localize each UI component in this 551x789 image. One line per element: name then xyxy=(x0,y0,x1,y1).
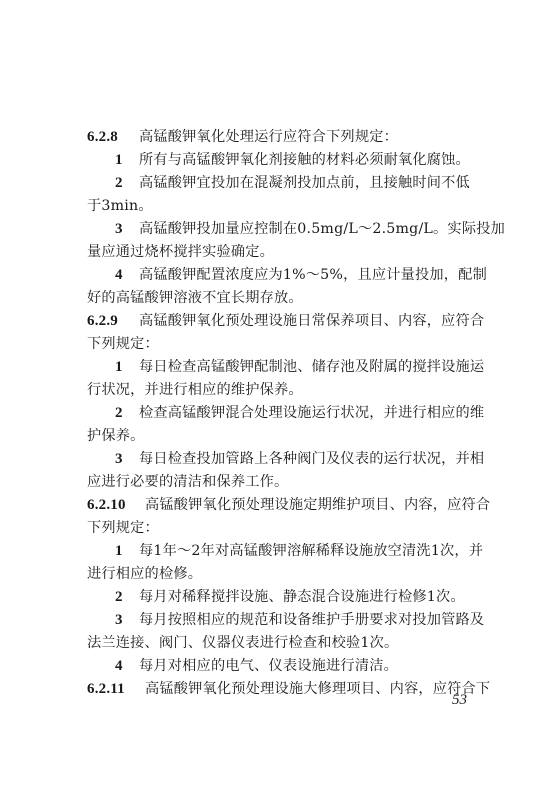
item-continuation: 好的高锰酸钾溶液不宜长期存放。 xyxy=(87,287,303,309)
item-text: 每日检查投加管路上各种阀门及仪表的运行状况，并相 xyxy=(139,451,484,467)
item-text: 检查高锰酸钾混合处理设施运行状况，并进行相应的维 xyxy=(139,405,484,421)
section-title: 高锰酸钾氧化处理运行应符合下列规定： xyxy=(139,129,398,145)
section-number: 6.2.9 xyxy=(87,310,139,332)
item-text: 每日检查高锰酸钾配制池、储存池及附属的搅拌设施运 xyxy=(139,359,484,375)
item-text: 每1年～2年对高锰酸钾溶解稀释设施放空清洗1次，并 xyxy=(139,543,483,559)
item-number: 3 xyxy=(115,448,139,470)
item-number: 1 xyxy=(115,540,139,562)
list-item: 4高锰酸钾配置浓度应为1%～5%，且应计量投加，配制 xyxy=(115,264,487,286)
item-text: 每月按照相应的规范和设备维护手册要求对投加管路及 xyxy=(139,612,484,628)
list-item: 1每1年～2年对高锰酸钾溶解稀释设施放空清洗1次，并 xyxy=(115,540,483,562)
list-item: 3高锰酸钾投加量应控制在0.5mg/L～2.5mg/L。实际投加 xyxy=(115,218,505,240)
section-number: 6.2.11 xyxy=(87,678,145,700)
section-title: 高锰酸钾氧化预处理设施日常保养项目、内容，应符合 xyxy=(139,313,484,329)
list-item: 4每月对相应的电气、仪表设施进行清洁。 xyxy=(115,655,398,677)
list-item: 3每日检查投加管路上各种阀门及仪表的运行状况，并相 xyxy=(115,448,484,470)
page-number: 53 xyxy=(452,692,467,709)
list-item: 2检查高锰酸钾混合处理设施运行状况，并进行相应的维 xyxy=(115,402,484,424)
item-number: 4 xyxy=(115,655,139,677)
item-number: 2 xyxy=(115,586,139,608)
section-title-continuation: 下列规定： xyxy=(87,517,159,539)
item-text: 高锰酸钾配置浓度应为1%～5%，且应计量投加，配制 xyxy=(139,267,487,283)
list-item: 3每月按照相应的规范和设备维护手册要求对投加管路及 xyxy=(115,609,484,631)
item-continuation: 行状况，并进行相应的维护保养。 xyxy=(87,379,303,401)
section-title: 高锰酸钾氧化预处理设施定期维护项目、内容，应符合 xyxy=(145,497,490,513)
item-continuation: 应进行必要的清洁和保养工作。 xyxy=(87,471,288,493)
section-number: 6.2.10 xyxy=(87,494,145,516)
item-continuation: 进行相应的检修。 xyxy=(87,563,202,585)
section-6-2-8-heading: 6.2.8高锰酸钾氧化处理运行应符合下列规定： xyxy=(87,126,398,148)
item-continuation: 法兰连接、阀门、仪器仪表进行检查和校验1次。 xyxy=(87,632,398,654)
section-6-2-10-heading: 6.2.10高锰酸钾氧化预处理设施定期维护项目、内容，应符合 xyxy=(87,494,490,516)
item-number: 2 xyxy=(115,172,139,194)
item-number: 4 xyxy=(115,264,139,286)
list-item: 2高锰酸钾宜投加在混凝剂投加点前，且接触时间不低 xyxy=(115,172,470,194)
section-6-2-9-heading: 6.2.9高锰酸钾氧化预处理设施日常保养项目、内容，应符合 xyxy=(87,310,484,332)
item-text: 每月对稀释搅拌设施、静态混合设施进行检修1次。 xyxy=(139,589,465,605)
section-title-continuation: 下列规定： xyxy=(87,333,159,355)
item-text: 所有与高锰酸钾氧化剂接触的材料必须耐氧化腐蚀。 xyxy=(139,152,470,168)
item-text: 高锰酸钾宜投加在混凝剂投加点前，且接触时间不低 xyxy=(139,175,470,191)
item-number: 2 xyxy=(115,402,139,424)
list-item: 2每月对稀释搅拌设施、静态混合设施进行检修1次。 xyxy=(115,586,465,608)
item-number: 3 xyxy=(115,609,139,631)
item-text: 每月对相应的电气、仪表设施进行清洁。 xyxy=(139,658,398,674)
item-number: 3 xyxy=(115,218,139,240)
section-number: 6.2.8 xyxy=(87,126,139,148)
item-continuation: 护保养。 xyxy=(87,425,145,447)
section-6-2-11-heading: 6.2.11高锰酸钾氧化预处理设施大修理项目、内容，应符合下 xyxy=(87,678,490,700)
item-continuation: 量应通过烧杯搅拌实验确定。 xyxy=(87,241,274,263)
list-item: 1每日检查高锰酸钾配制池、储存池及附属的搅拌设施运 xyxy=(115,356,484,378)
item-continuation: 于3min。 xyxy=(87,195,153,217)
section-title: 高锰酸钾氧化预处理设施大修理项目、内容，应符合下 xyxy=(145,681,490,697)
item-text: 高锰酸钾投加量应控制在0.5mg/L～2.5mg/L。实际投加 xyxy=(139,221,505,237)
item-number: 1 xyxy=(115,356,139,378)
item-number: 1 xyxy=(115,149,139,171)
list-item: 1所有与高锰酸钾氧化剂接触的材料必须耐氧化腐蚀。 xyxy=(115,149,470,171)
